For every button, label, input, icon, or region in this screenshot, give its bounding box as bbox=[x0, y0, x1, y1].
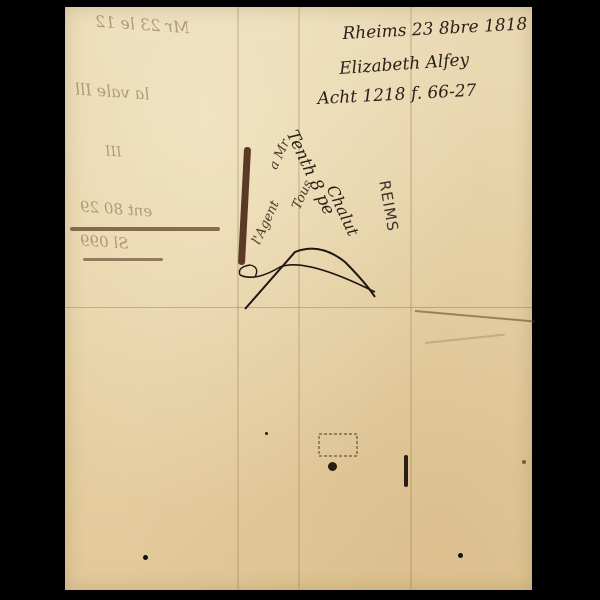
ink-dot bbox=[265, 432, 268, 435]
paper-crease bbox=[415, 310, 535, 322]
ink-dot bbox=[522, 460, 526, 464]
letter-paper: Mr 23 le 12 la vale Ill III ent 80 29 Sl… bbox=[65, 7, 532, 590]
bleed-through-text: Sl 099 bbox=[79, 231, 129, 252]
bleed-through-text: III bbox=[104, 143, 122, 160]
ink-mark bbox=[404, 455, 408, 487]
ink-blot bbox=[328, 462, 337, 471]
bleed-through-text: la vale Ill bbox=[74, 79, 150, 103]
side-note: a Mr bbox=[266, 137, 293, 172]
address-date-line: Rheims 23 8bre 1818 bbox=[342, 14, 528, 44]
reims-postmark: REIMS bbox=[375, 179, 402, 233]
signature-flourish bbox=[235, 237, 385, 317]
address-account-line: Acht 1218 f. 66-27 bbox=[317, 81, 477, 109]
ink-rule bbox=[83, 258, 163, 261]
bleed-through-text: Mr 23 le 12 bbox=[94, 12, 190, 38]
faded-stamp-mark bbox=[317, 432, 362, 462]
paper-crease bbox=[425, 334, 505, 344]
bleed-through-text: ent 80 29 bbox=[79, 198, 152, 221]
punch-hole bbox=[143, 555, 148, 560]
address-name-line: Elizabeth Alfey bbox=[339, 50, 470, 79]
punch-hole bbox=[458, 553, 463, 558]
ink-rule bbox=[70, 227, 220, 231]
